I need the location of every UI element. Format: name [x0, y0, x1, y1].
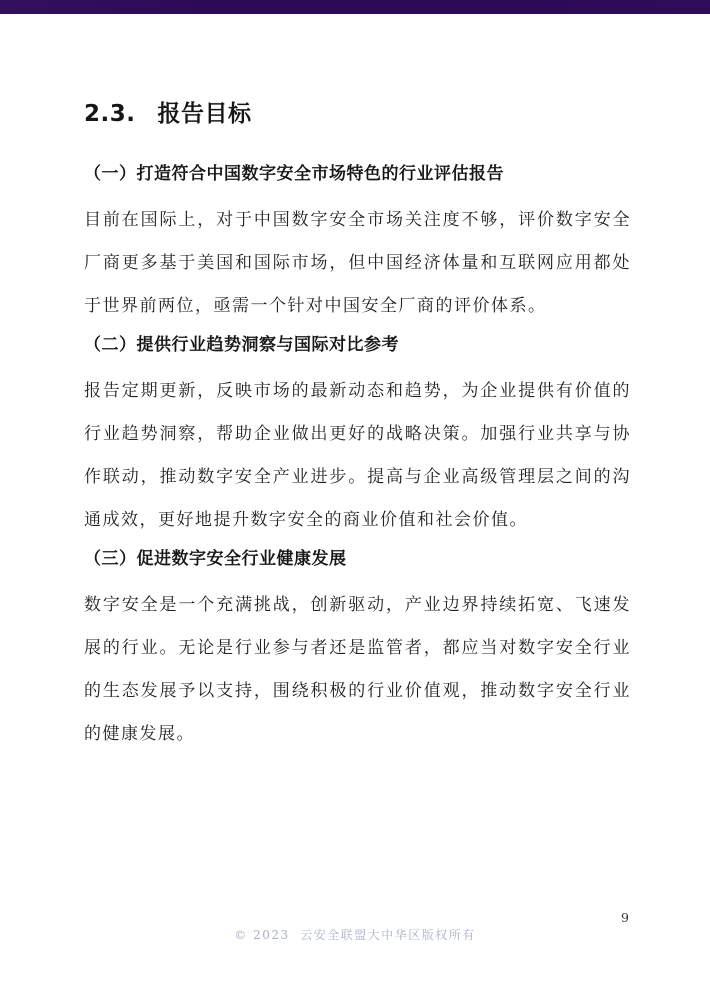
subsection-1-heading: （一）打造符合中国数字安全市场特色的行业评估报告: [84, 163, 631, 185]
subsection-2-body: 报告定期更新，反映市场的最新动态和趋势，为企业提供有价值的行业趋势洞察，帮助企业…: [84, 370, 631, 542]
subsection-3-heading: （三）促进数字安全行业健康发展: [84, 548, 631, 570]
subsection-2: （二）提供行业趋势洞察与国际对比参考 报告定期更新，反映市场的最新动态和趋势，为…: [84, 334, 631, 542]
section-number: 2.3.: [84, 101, 135, 127]
page-number: 9: [621, 910, 629, 925]
page-title: 2.3.报告目标: [84, 100, 631, 128]
section-title: 报告目标: [157, 101, 251, 127]
page-content: 2.3.报告目标 （一）打造符合中国数字安全市场特色的行业评估报告 目前在国际上…: [0, 100, 710, 756]
subsection-3-body: 数字安全是一个充满挑战，创新驱动，产业边界持续拓宽、飞速发展的行业。无论是行业参…: [84, 584, 631, 756]
header-accent-bar: [0, 0, 710, 14]
footer-copyright: © 2023 云安全联盟大中华区版权所有: [0, 926, 710, 943]
subsection-1: （一）打造符合中国数字安全市场特色的行业评估报告 目前在国际上，对于中国数字安全…: [84, 163, 631, 328]
document-page: 2.3.报告目标 （一）打造符合中国数字安全市场特色的行业评估报告 目前在国际上…: [0, 0, 710, 1004]
subsection-1-body: 目前在国际上，对于中国数字安全市场关注度不够，评价数字安全厂商更多基于美国和国际…: [84, 199, 631, 328]
subsection-2-heading: （二）提供行业趋势洞察与国际对比参考: [84, 334, 631, 356]
subsection-3: （三）促进数字安全行业健康发展 数字安全是一个充满挑战，创新驱动，产业边界持续拓…: [84, 548, 631, 756]
